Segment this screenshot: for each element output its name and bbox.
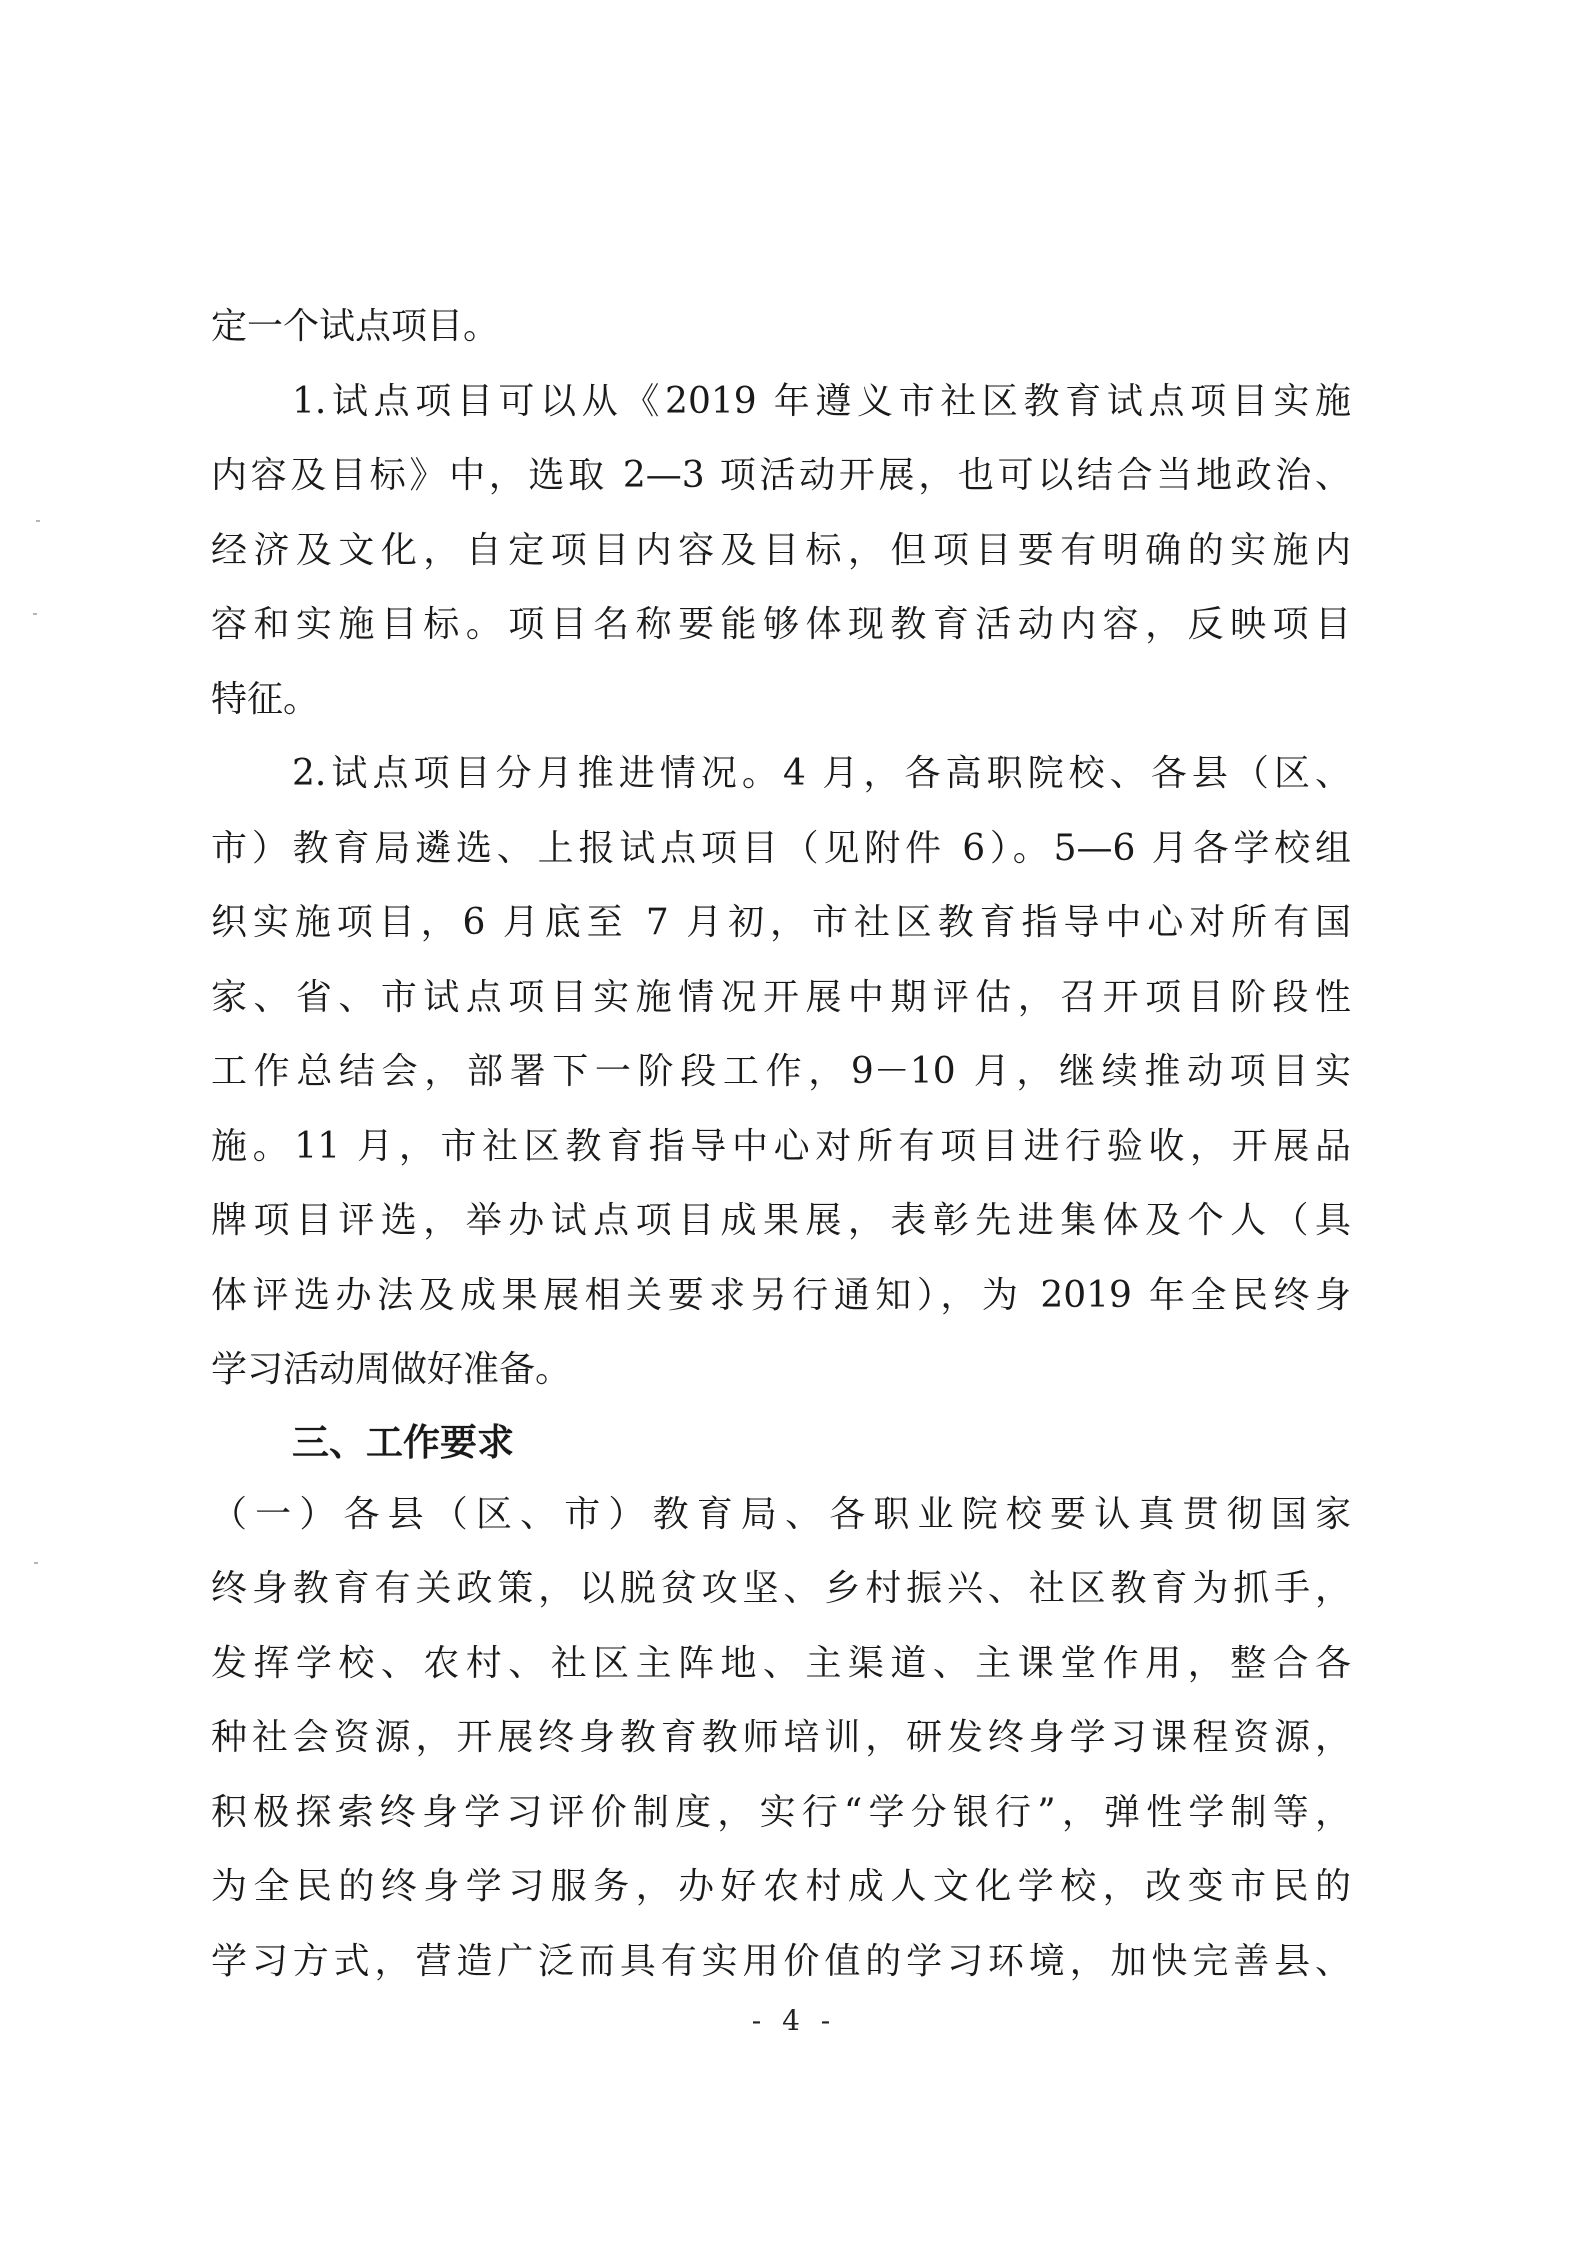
body-text: 定一个试点项目。 1.试点项目可以从《2019 年遵义市社区教育试点项目实施 内… [211, 290, 1351, 1999]
text-line: 牌项目评选，举办试点项目成果展，表彰先进集体及个人（具 [211, 1184, 1351, 1259]
text-line: 经济及文化，自定项目内容及目标，但项目要有明确的实施内 [211, 514, 1351, 589]
text-line: 施。11 月，市社区教育指导中心对所有项目进行验收，开展品 [211, 1110, 1351, 1185]
scan-speck [34, 1562, 38, 1564]
text-line: 发挥学校、农村、社区主阵地、主渠道、主课堂作用，整合各 [211, 1627, 1351, 1702]
text-line: 内容及目标》中，选取 2—3 项活动开展，也可以结合当地政治、 [211, 439, 1351, 514]
text-line: 学习方式，营造广泛而具有实用价值的学习环境，加快完善县、 [211, 1925, 1351, 2000]
text-line-subsection-1: （一）各县（区、市）教育局、各职业院校要认真贯彻国家 [211, 1478, 1351, 1553]
scan-speck [33, 613, 37, 615]
text-line: 为全民的终身学习服务，办好农村成人文化学校，改变市民的 [211, 1850, 1351, 1925]
text-line: 家、省、市试点项目实施情况开展中期评估，召开项目阶段性 [211, 961, 1351, 1036]
page-number: - 4 - [0, 2004, 1588, 2037]
scan-speck [36, 520, 40, 522]
text-line-item-2: 2.试点项目分月推进情况。4 月，各高职院校、各县（区、 [211, 737, 1351, 812]
text-line: 市）教育局遴选、上报试点项目（见附件 6）。5—6 月各学校组 [211, 812, 1351, 887]
text-line: 学习活动周做好准备。 [211, 1333, 1351, 1408]
text-line-item-1: 1.试点项目可以从《2019 年遵义市社区教育试点项目实施 [211, 365, 1351, 440]
text-line: 容和实施目标。项目名称要能够体现教育活动内容，反映项目 [211, 588, 1351, 663]
text-line: 体评选办法及成果展相关要求另行通知），为 2019 年全民终身 [211, 1259, 1351, 1334]
document-page: 定一个试点项目。 1.试点项目可以从《2019 年遵义市社区教育试点项目实施 内… [0, 0, 1588, 2244]
text-line: 种社会资源，开展终身教育教师培训，研发终身学习课程资源， [211, 1701, 1351, 1776]
text-line: 积极探索终身学习评价制度，实行“学分银行”，弹性学制等， [211, 1776, 1351, 1851]
section-heading: 三、工作要求 [211, 1408, 1351, 1478]
text-line: 终身教育有关政策，以脱贫攻坚、乡村振兴、社区教育为抓手， [211, 1552, 1351, 1627]
text-line: 工作总结会，部署下一阶段工作，9－10 月，继续推动项目实 [211, 1035, 1351, 1110]
text-line: 特征。 [211, 663, 1351, 738]
text-line: 定一个试点项目。 [211, 290, 1351, 365]
text-line: 织实施项目，6 月底至 7 月初，市社区教育指导中心对所有国 [211, 886, 1351, 961]
